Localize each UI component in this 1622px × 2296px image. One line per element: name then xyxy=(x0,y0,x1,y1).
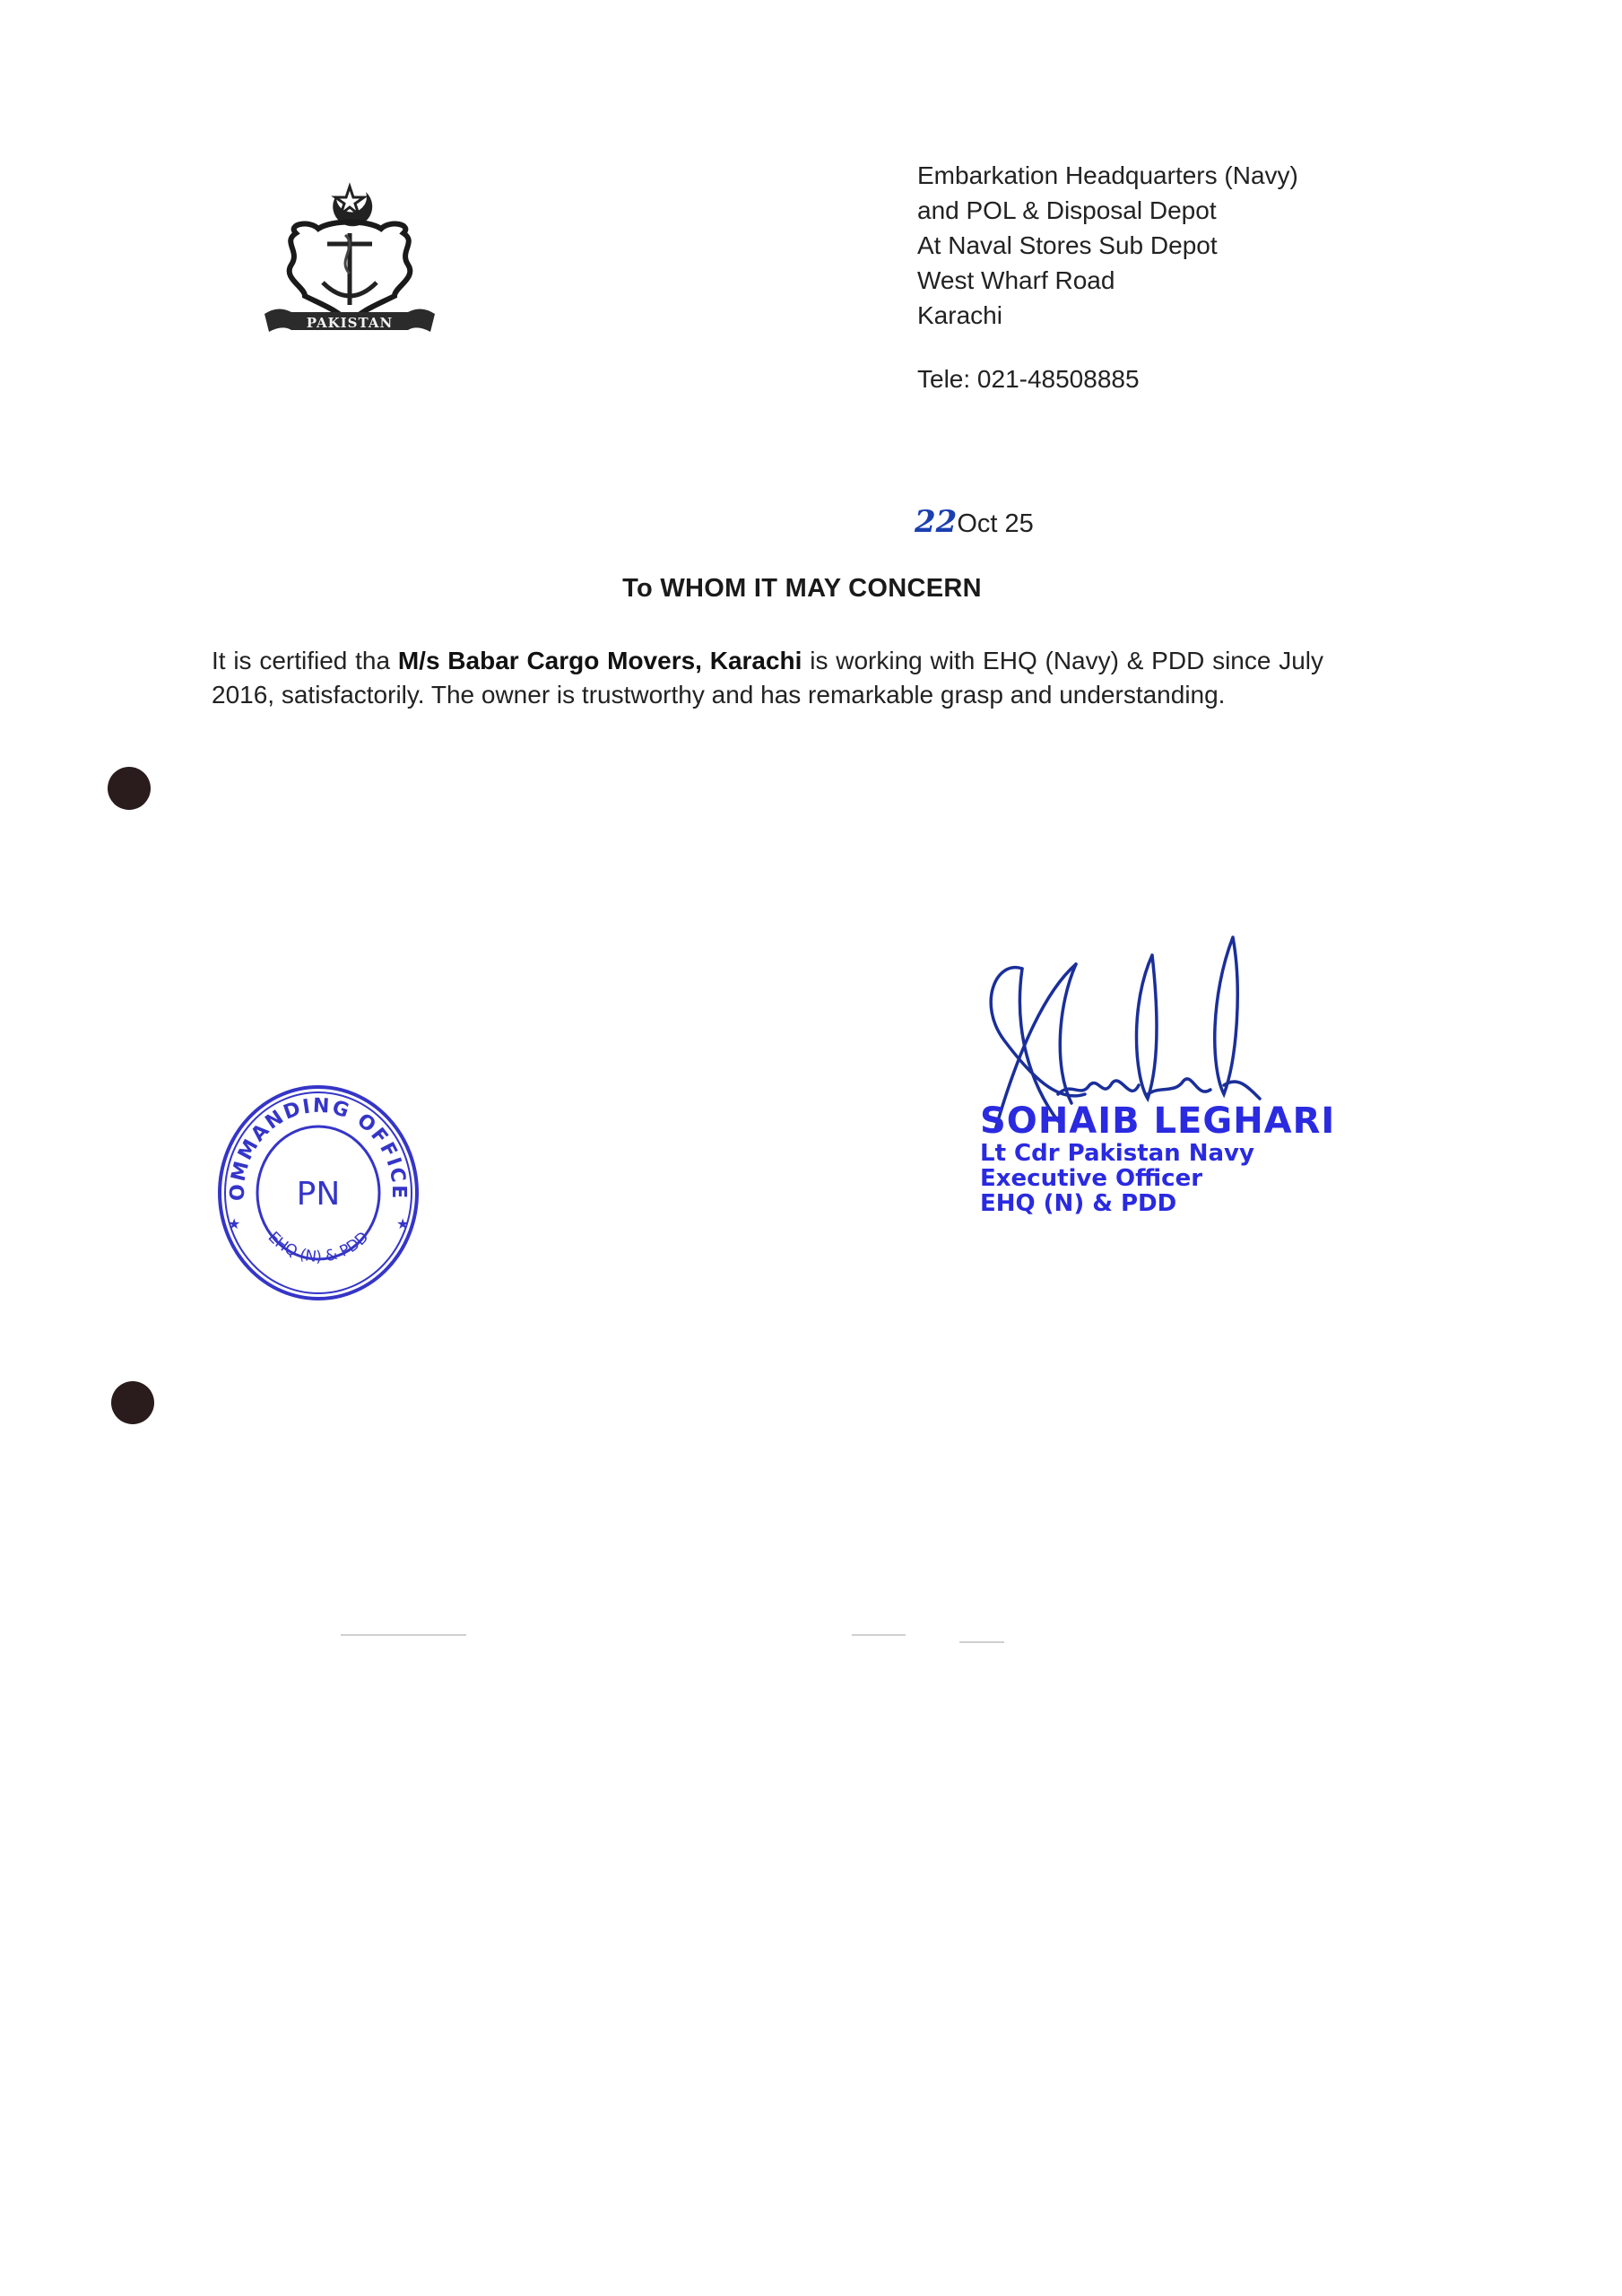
emblem-banner-text: PAKISTAN xyxy=(307,315,393,331)
stamp-bottom-text: EHQ (N) & PDD xyxy=(265,1229,373,1266)
body-prefix: It is certified tha xyxy=(212,647,398,674)
printed-date: Oct 25 xyxy=(957,509,1033,538)
letterhead-address: Embarkation Headquarters (Navy) and POL … xyxy=(917,158,1298,396)
address-line: Karachi xyxy=(917,298,1298,333)
letter-heading: To WHOM IT MAY CONCERN xyxy=(0,574,1622,604)
star-icon: ★ xyxy=(228,1217,240,1232)
punch-hole xyxy=(111,1381,154,1424)
letter-body: It is certified tha M/s Babar Cargo Move… xyxy=(212,644,1323,712)
signatory-title: Executive Officer xyxy=(980,1166,1335,1191)
commanding-officer-stamp: COMMANDING OFFICER EHQ (N) & PDD ★ ★ PN xyxy=(215,1072,421,1305)
scan-artifact xyxy=(959,1641,1004,1643)
letter-date: 22Oct 25 xyxy=(915,504,1034,540)
star-icon: ★ xyxy=(396,1217,409,1232)
address-line: West Wharf Road xyxy=(917,263,1298,298)
address-line: At Naval Stores Sub Depot xyxy=(917,228,1298,263)
signatory-rank: Lt Cdr Pakistan Navy xyxy=(980,1141,1335,1166)
stamp-center-text: PN xyxy=(297,1176,341,1213)
address-line: Embarkation Headquarters (Navy) xyxy=(917,158,1298,193)
signatory-name: SOHAIB LEGHARI xyxy=(980,1101,1335,1141)
signatory-block: SOHAIB LEGHARI Lt Cdr Pakistan Navy Exec… xyxy=(980,1101,1335,1216)
scan-artifact xyxy=(852,1634,906,1636)
address-line: and POL & Disposal Depot xyxy=(917,193,1298,228)
telephone: Tele: 021-48508885 xyxy=(917,361,1298,396)
company-name: M/s Babar Cargo Movers, Karachi xyxy=(398,647,802,674)
pakistan-navy-crest-icon: PAKISTAN xyxy=(260,179,439,341)
signatory-unit: EHQ (N) & PDD xyxy=(980,1191,1335,1216)
scan-artifact xyxy=(341,1634,466,1636)
svg-text:EHQ (N) & PDD: EHQ (N) & PDD xyxy=(265,1229,373,1266)
punch-hole xyxy=(108,767,151,810)
handwritten-day: 22 xyxy=(915,504,957,540)
